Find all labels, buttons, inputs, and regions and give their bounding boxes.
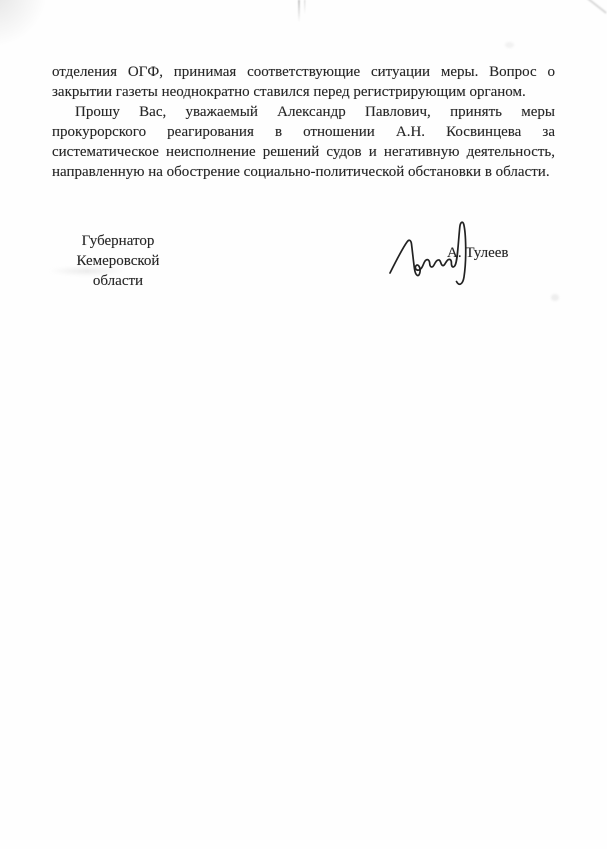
- body-line-1: отделения ОГФ, принимая соответствующие …: [52, 62, 555, 82]
- signatory-title: Губернатор Кемеровской области: [52, 231, 184, 291]
- scan-artifact-corner-fold: [585, 0, 607, 14]
- body-line-6: направленную на обострение социально-пол…: [52, 162, 555, 182]
- signatory-title-line2: Кемеровской области: [52, 251, 184, 291]
- body-line-5: систематическое неисполнение решений суд…: [52, 142, 555, 162]
- handwritten-signature-icon: [387, 213, 477, 295]
- scan-artifact-speck: [505, 42, 514, 48]
- signatory-title-line1: Губернатор: [52, 231, 184, 251]
- letter-body: отделения ОГФ, принимая соответствующие …: [52, 62, 555, 182]
- body-line-3: Прошу Вас, уважаемый Александр Павлович,…: [52, 102, 555, 122]
- body-line-2: закрытии газеты неоднократно ставился пе…: [52, 82, 555, 102]
- document-page: отделения ОГФ, принимая соответствующие …: [0, 0, 607, 849]
- scan-artifact-speck: [551, 294, 559, 301]
- scan-artifact-top-smudge: [296, 0, 308, 26]
- scan-artifact-corner-shade: [0, 0, 70, 70]
- body-line-4: прокурорского реагирования в отношении А…: [52, 122, 555, 142]
